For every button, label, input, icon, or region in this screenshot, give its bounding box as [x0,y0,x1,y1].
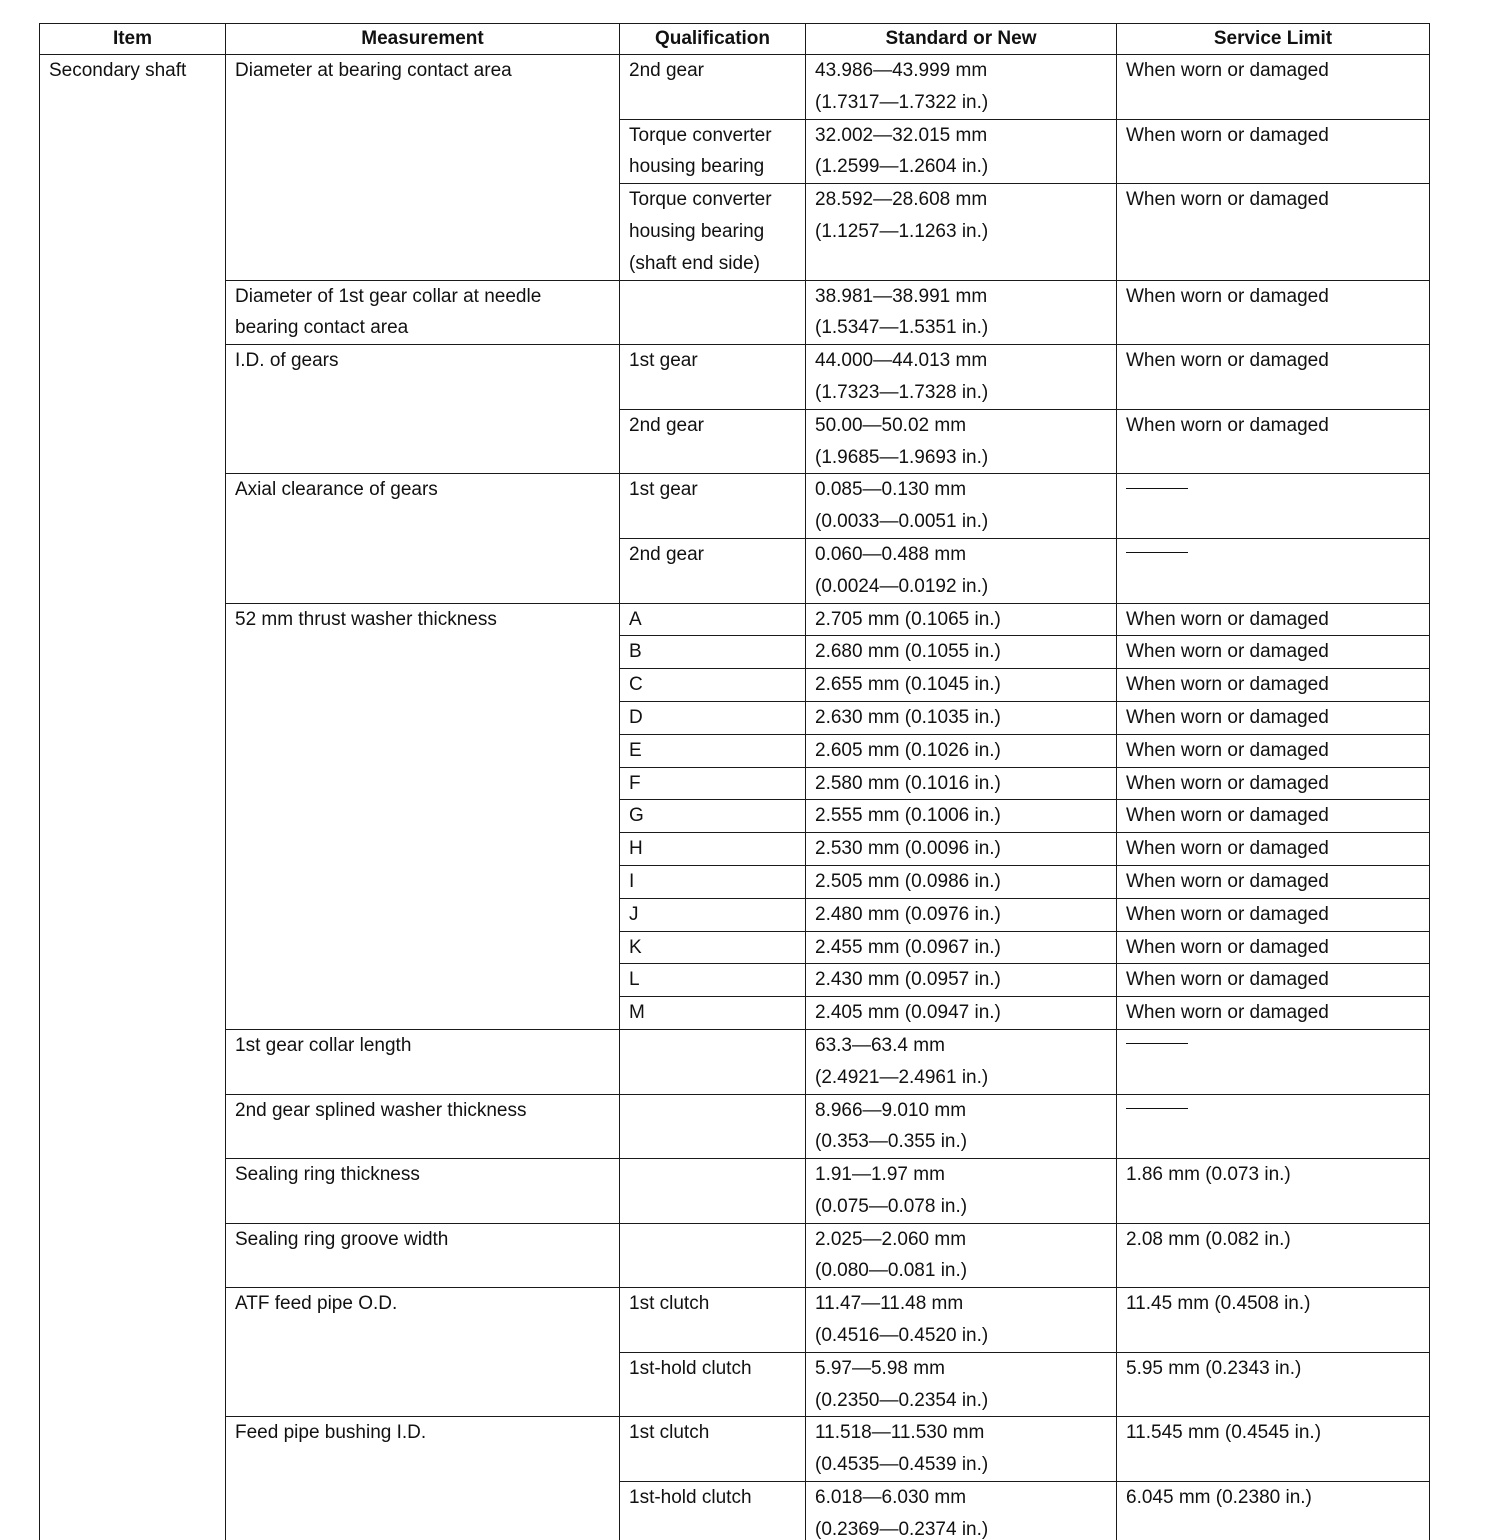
qualification-cell: 1st-hold clutch [620,1482,806,1540]
standard-cell: 2.480 mm (0.0976 in.) [806,898,1117,931]
measurement-cell: I.D. of gears [226,345,620,474]
service-limit-cell: 5.95 mm (0.2343 in.) [1117,1352,1430,1417]
standard-cell: 32.002—32.015 mm(1.2599—1.2604 in.) [806,119,1117,184]
qualification-cell: H [620,833,806,866]
qualification-cell [620,1223,806,1288]
standard-cell: 2.530 mm (0.0096 in.) [806,833,1117,866]
qualification-cell [620,1094,806,1159]
service-limit-cell: 2.08 mm (0.082 in.) [1117,1223,1430,1288]
specification-table: Item Measurement Qualification Standard … [39,23,1430,1540]
standard-cell: 50.00—50.02 mm(1.9685—1.9693 in.) [806,409,1117,474]
qualification-cell: M [620,997,806,1030]
standard-cell: 11.47—11.48 mm(0.4516—0.4520 in.) [806,1288,1117,1353]
standard-cell: 38.981—38.991 mm(1.5347—1.5351 in.) [806,280,1117,345]
measurement-cell: Diameter at bearing contact area [226,55,620,281]
item-cell: Secondary shaft [40,55,226,1540]
standard-cell: 2.605 mm (0.1026 in.) [806,734,1117,767]
service-limit-cell: When worn or damaged [1117,800,1430,833]
measurement-cell: 52 mm thrust washer thickness [226,603,620,1029]
table-row: Feed pipe bushing I.D.1st clutch11.518—1… [40,1417,1430,1482]
qualification-cell: 1st gear [620,474,806,539]
standard-cell: 2.455 mm (0.0967 in.) [806,931,1117,964]
service-limit-cell: When worn or damaged [1117,119,1430,184]
header-qualification: Qualification [620,24,806,55]
service-limit-cell [1117,538,1430,603]
standard-cell: 2.430 mm (0.0957 in.) [806,964,1117,997]
qualification-cell: B [620,636,806,669]
service-limit-cell: When worn or damaged [1117,55,1430,120]
service-limit-cell: When worn or damaged [1117,997,1430,1030]
standard-cell: 63.3—63.4 mm(2.4921—2.4961 in.) [806,1029,1117,1094]
standard-cell: 0.060—0.488 mm(0.0024—0.0192 in.) [806,538,1117,603]
table-body: Secondary shaftDiameter at bearing conta… [40,55,1430,1540]
qualification-cell: D [620,701,806,734]
service-limit-cell: When worn or damaged [1117,833,1430,866]
standard-cell: 2.680 mm (0.1055 in.) [806,636,1117,669]
qualification-cell: A [620,603,806,636]
qualification-cell: G [620,800,806,833]
standard-cell: 0.085—0.130 mm(0.0033—0.0051 in.) [806,474,1117,539]
measurement-cell: 2nd gear splined washer thickness [226,1094,620,1159]
qualification-cell: C [620,669,806,702]
standard-cell: 2.655 mm (0.1045 in.) [806,669,1117,702]
service-limit-cell: When worn or damaged [1117,734,1430,767]
service-limit-cell: When worn or damaged [1117,280,1430,345]
dash-placeholder [1126,488,1188,489]
table-row: 1st gear collar length63.3—63.4 mm(2.492… [40,1029,1430,1094]
qualification-cell [620,1159,806,1224]
standard-cell: 44.000—44.013 mm(1.7323—1.7328 in.) [806,345,1117,410]
service-limit-cell: When worn or damaged [1117,669,1430,702]
service-limit-cell: When worn or damaged [1117,636,1430,669]
measurement-cell: Feed pipe bushing I.D. [226,1417,620,1540]
measurement-cell: Diameter of 1st gear collar at needlebea… [226,280,620,345]
qualification-cell [620,280,806,345]
table-row: Secondary shaftDiameter at bearing conta… [40,55,1430,120]
service-limit-cell [1117,1029,1430,1094]
standard-cell: 2.630 mm (0.1035 in.) [806,701,1117,734]
table-row: Diameter of 1st gear collar at needlebea… [40,280,1430,345]
dash-placeholder [1126,1108,1188,1109]
service-limit-cell: When worn or damaged [1117,898,1430,931]
standard-cell: 1.91—1.97 mm(0.075—0.078 in.) [806,1159,1117,1224]
table-row: Sealing ring groove width2.025—2.060 mm(… [40,1223,1430,1288]
header-item: Item [40,24,226,55]
service-limit-cell: 6.045 mm (0.2380 in.) [1117,1482,1430,1540]
service-limit-cell [1117,474,1430,539]
service-limit-cell: When worn or damaged [1117,603,1430,636]
qualification-cell: Torque converterhousing bearing(shaft en… [620,184,806,280]
header-service-limit: Service Limit [1117,24,1430,55]
qualification-cell: F [620,767,806,800]
table-row: 2nd gear splined washer thickness8.966—9… [40,1094,1430,1159]
qualification-cell: K [620,931,806,964]
qualification-cell: Torque converterhousing bearing [620,119,806,184]
standard-cell: 28.592—28.608 mm(1.1257—1.1263 in.) [806,184,1117,280]
table-row: Sealing ring thickness1.91—1.97 mm(0.075… [40,1159,1430,1224]
standard-cell: 43.986—43.999 mm(1.7317—1.7322 in.) [806,55,1117,120]
qualification-cell: I [620,865,806,898]
header-row: Item Measurement Qualification Standard … [40,24,1430,55]
qualification-cell: J [620,898,806,931]
qualification-cell: L [620,964,806,997]
standard-cell: 6.018—6.030 mm(0.2369—0.2374 in.) [806,1482,1117,1540]
qualification-cell: 1st clutch [620,1417,806,1482]
standard-cell: 8.966—9.010 mm(0.353—0.355 in.) [806,1094,1117,1159]
standard-cell: 5.97—5.98 mm(0.2350—0.2354 in.) [806,1352,1117,1417]
standard-cell: 2.705 mm (0.1065 in.) [806,603,1117,636]
dash-placeholder [1126,552,1188,553]
measurement-cell: Sealing ring groove width [226,1223,620,1288]
service-limit-cell: When worn or damaged [1117,964,1430,997]
service-limit-cell: 1.86 mm (0.073 in.) [1117,1159,1430,1224]
table-row: ATF feed pipe O.D.1st clutch11.47—11.48 … [40,1288,1430,1353]
qualification-cell: 1st clutch [620,1288,806,1353]
standard-cell: 2.405 mm (0.0947 in.) [806,997,1117,1030]
measurement-cell: ATF feed pipe O.D. [226,1288,620,1417]
service-limit-cell: When worn or damaged [1117,345,1430,410]
service-limit-cell: When worn or damaged [1117,184,1430,280]
qualification-cell: 2nd gear [620,409,806,474]
qualification-cell [620,1029,806,1094]
service-limit-cell: 11.45 mm (0.4508 in.) [1117,1288,1430,1353]
service-limit-cell: When worn or damaged [1117,767,1430,800]
qualification-cell: 2nd gear [620,55,806,120]
service-limit-cell: When worn or damaged [1117,701,1430,734]
service-limit-cell [1117,1094,1430,1159]
standard-cell: 2.580 mm (0.1016 in.) [806,767,1117,800]
qualification-cell: 1st gear [620,345,806,410]
table-row: I.D. of gears1st gear44.000—44.013 mm(1.… [40,345,1430,410]
qualification-cell: E [620,734,806,767]
measurement-cell: Sealing ring thickness [226,1159,620,1224]
service-limit-cell: When worn or damaged [1117,409,1430,474]
header-measurement: Measurement [226,24,620,55]
measurement-cell: 1st gear collar length [226,1029,620,1094]
table-row: Axial clearance of gears1st gear0.085—0.… [40,474,1430,539]
service-limit-cell: When worn or damaged [1117,931,1430,964]
service-limit-cell: When worn or damaged [1117,865,1430,898]
service-limit-cell: 11.545 mm (0.4545 in.) [1117,1417,1430,1482]
qualification-cell: 2nd gear [620,538,806,603]
qualification-cell: 1st-hold clutch [620,1352,806,1417]
standard-cell: 11.518—11.530 mm(0.4535—0.4539 in.) [806,1417,1117,1482]
header-standard: Standard or New [806,24,1117,55]
dash-placeholder [1126,1043,1188,1044]
measurement-cell: Axial clearance of gears [226,474,620,603]
standard-cell: 2.555 mm (0.1006 in.) [806,800,1117,833]
table-row: 52 mm thrust washer thicknessA2.705 mm (… [40,603,1430,636]
standard-cell: 2.025—2.060 mm(0.080—0.081 in.) [806,1223,1117,1288]
standard-cell: 2.505 mm (0.0986 in.) [806,865,1117,898]
